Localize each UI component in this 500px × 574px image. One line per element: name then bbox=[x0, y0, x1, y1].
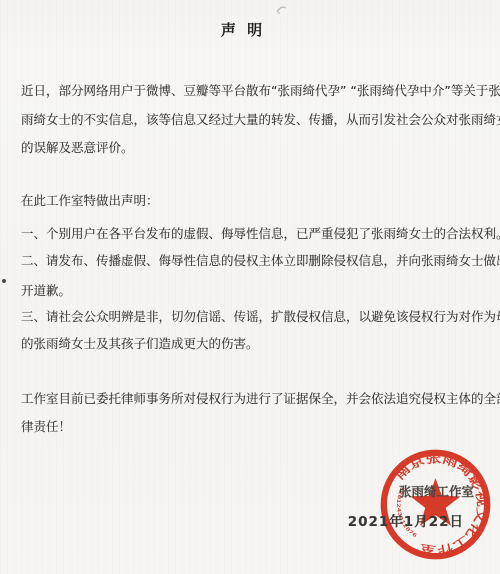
closing-line-2: 律责任！ bbox=[21, 417, 491, 435]
statement-item-2-line-1: 二、请发布、传播虚假、侮辱性信息的侵权主体立即删除侵权信息，并向张雨绮女士做出公 bbox=[21, 251, 491, 269]
intro-line-2: 雨绮女士的不实信息，该等信息又经过大量的转发、传播，从而引发社会公众对张雨绮女士 bbox=[21, 110, 491, 128]
signature-studio-name: 张雨绮工作室 bbox=[399, 482, 474, 500]
intro-line-3: 的误解及恶意评价。 bbox=[21, 138, 491, 156]
statement-item-1: 一、个别用户在各平台发布的虚假、侮辱性信息，已严重侵犯了张雨绮女士的合法权利。 bbox=[21, 224, 491, 242]
statement-document: 声 明 近日，部分网络用户于微博、豆瓣等平台散布“张雨绮代孕” “张雨绮代孕中介… bbox=[0, 0, 500, 574]
intro-line-1: 近日，部分网络用户于微博、豆瓣等平台散布“张雨绮代孕” “张雨绮代孕中介”等关于… bbox=[21, 81, 491, 99]
declaration-lead-line: 在此工作室特做出声明： bbox=[21, 191, 491, 209]
statement-item-2-line-2: 开道歉。 bbox=[21, 281, 491, 299]
official-seal-stamp: 南京张雨绮影视文化工作室 3201243012876 bbox=[377, 446, 494, 563]
scan-dot-artifact bbox=[2, 279, 6, 283]
statement-item-3-line-1: 三、请社会公众明辨是非，切勿信谣、传谣，扩散侵权信息，以避免该侵权行为对作为母亲 bbox=[21, 307, 491, 325]
closing-line-1: 工作室目前已委托律师事务所对侵权行为进行了证据保全，并会依法追究侵权主体的全部法 bbox=[21, 389, 491, 407]
statement-date: 2021年1月22日 bbox=[348, 510, 464, 530]
scan-smudge-mark bbox=[275, 4, 289, 15]
document-title: 声 明 bbox=[0, 19, 486, 40]
statement-item-3-line-2: 的张雨绮女士及其孩子们造成更大的伤害。 bbox=[21, 334, 491, 352]
